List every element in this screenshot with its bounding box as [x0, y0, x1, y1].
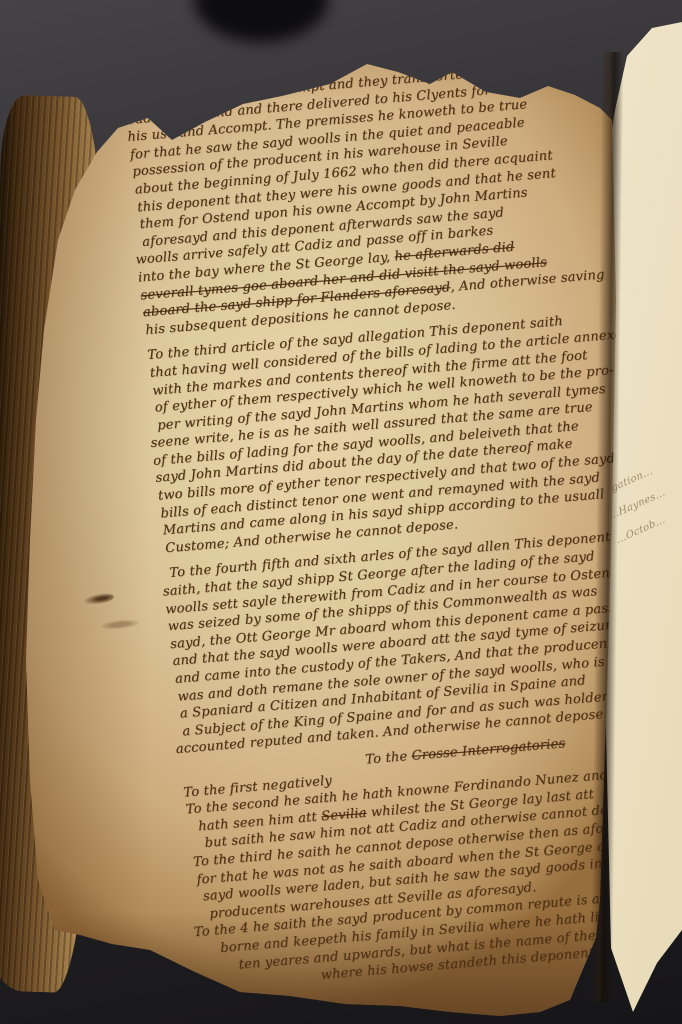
- manuscript-section-deposition-continuation: shipp upon his owne Accompt and they tra…: [126, 54, 629, 339]
- photo-background: ...gation......Haynes......Octob... ship…: [0, 0, 682, 1024]
- struck-text: Sevilia: [321, 805, 368, 824]
- camera-shadow: [194, 0, 328, 42]
- left-page: shipp upon his owne Accompt and they tra…: [0, 0, 682, 1024]
- manuscript-section-answer-to-third-article: To the third article of the sayd allegat…: [147, 308, 647, 558]
- manuscript-section-answer-to-fourth-fifth-sixth-articles: To the fourth fifth and sixth arles of t…: [165, 526, 663, 759]
- handwriting-text: To the: [365, 749, 413, 768]
